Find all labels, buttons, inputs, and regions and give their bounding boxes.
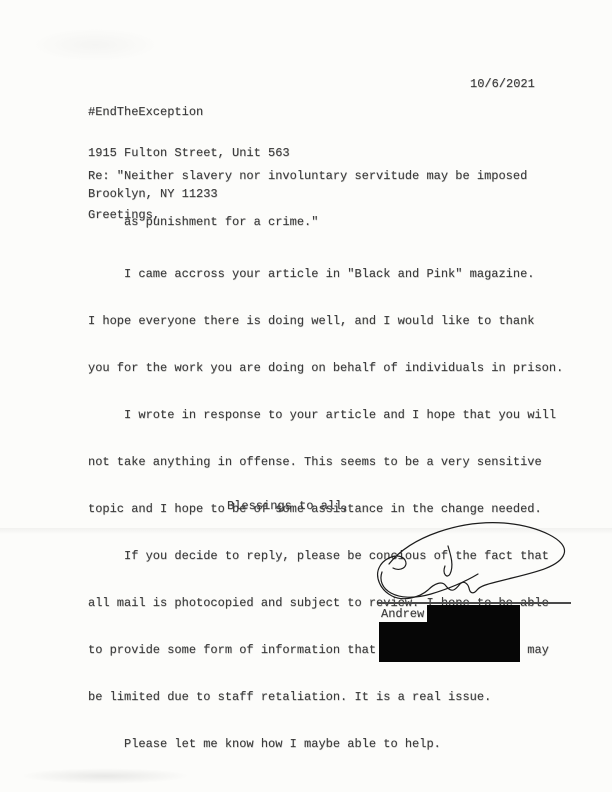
body-line: be limited due to staff retaliation. It … xyxy=(88,688,563,707)
signer-name: Andrew xyxy=(381,606,424,622)
signature-scribble-icon xyxy=(356,514,578,606)
sender-org: #EndTheException xyxy=(88,106,290,119)
body-line: I wrote in response to your article and … xyxy=(88,406,563,425)
redaction-box xyxy=(379,622,520,662)
salutation: Greetings, xyxy=(88,206,160,225)
closing-phrase: Blessings to all, xyxy=(227,497,349,516)
subject-line-1: Re: "Neither slavery nor involuntary ser… xyxy=(88,167,527,185)
body-line: I hope everyone there is doing well, and… xyxy=(88,312,563,331)
body-line: not take anything in offense. This seems… xyxy=(88,453,563,472)
letter-page: #EndTheException 1915 Fulton Street, Uni… xyxy=(0,0,612,792)
paper-smudge xyxy=(30,28,160,62)
body-line: I came accross your article in "Black an… xyxy=(88,265,563,284)
body-line: you for the work you are doing on behalf… xyxy=(88,359,563,378)
signature-line xyxy=(378,602,571,604)
redaction-box xyxy=(427,605,520,623)
letter-date: 10/6/2021 xyxy=(470,78,535,91)
body-line: Please let me know how I maybe able to h… xyxy=(88,735,563,754)
